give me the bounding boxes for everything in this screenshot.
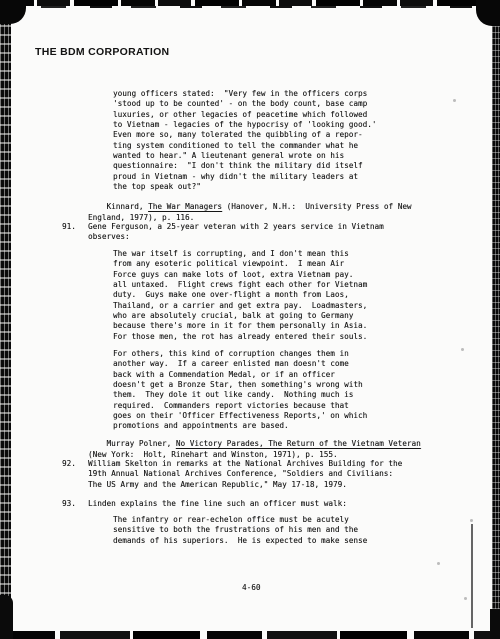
scan-border-bottom — [0, 631, 500, 639]
scan-noise-speck — [470, 519, 473, 522]
scan-border-right — [492, 0, 500, 639]
source-prefix: Murray Polner, — [107, 439, 176, 448]
scan-border-left — [0, 0, 11, 639]
footnote-item-93: 93. Linden explains the fine line such a… — [62, 499, 347, 509]
scan-page-edge-line — [471, 524, 473, 628]
footnote-continuation-quote: young officers stated: "Very few in the … — [113, 89, 376, 192]
footnote-number: 93. — [62, 499, 88, 509]
scan-noise-speck — [437, 562, 440, 565]
footnote-quote-91-para1: The war itself is corrupting, and I don'… — [113, 249, 367, 342]
footnote-number: 91. — [62, 222, 88, 243]
scan-noise-speck — [453, 99, 456, 102]
book-title: No Victory Parades, The Return of the Vi… — [176, 439, 421, 448]
footnote-item-91: 91. Gene Ferguson, a 25-year veteran wit… — [62, 222, 384, 243]
scan-corner-top-left — [0, 0, 26, 24]
footnote-item-92: 92. William Skelton in remarks at the Na… — [62, 459, 402, 490]
source-suffix: (New York: Holt, Rinehart and Winston, 1… — [88, 450, 338, 459]
source-prefix: Kinnard, — [107, 202, 149, 211]
scan-corner-top-right — [476, 0, 500, 26]
scanned-document-page: THE BDM CORPORATION young officers state… — [0, 0, 500, 639]
company-header: THE BDM CORPORATION — [35, 46, 169, 58]
footnote-quote-93: The infantry or rear-echelon office must… — [113, 515, 367, 546]
footnote-text: William Skelton in remarks at the Nation… — [88, 459, 402, 490]
footnote-number: 92. — [62, 459, 88, 490]
footnote-quote-91-para2: For others, this kind of corruption chan… — [113, 349, 367, 432]
scan-corner-bottom-left — [0, 595, 13, 639]
scan-noise-speck — [464, 597, 467, 600]
page-number: 4-60 — [242, 583, 261, 593]
footnote-text: Gene Ferguson, a 25-year veteran with 2 … — [88, 222, 384, 243]
scan-noise-speck — [461, 348, 464, 351]
scan-corner-bottom-right — [490, 609, 500, 639]
footnote-text: Linden explains the fine line such an of… — [88, 499, 347, 509]
book-title: The War Managers — [148, 202, 222, 211]
scan-border-top-texture — [0, 6, 500, 8]
